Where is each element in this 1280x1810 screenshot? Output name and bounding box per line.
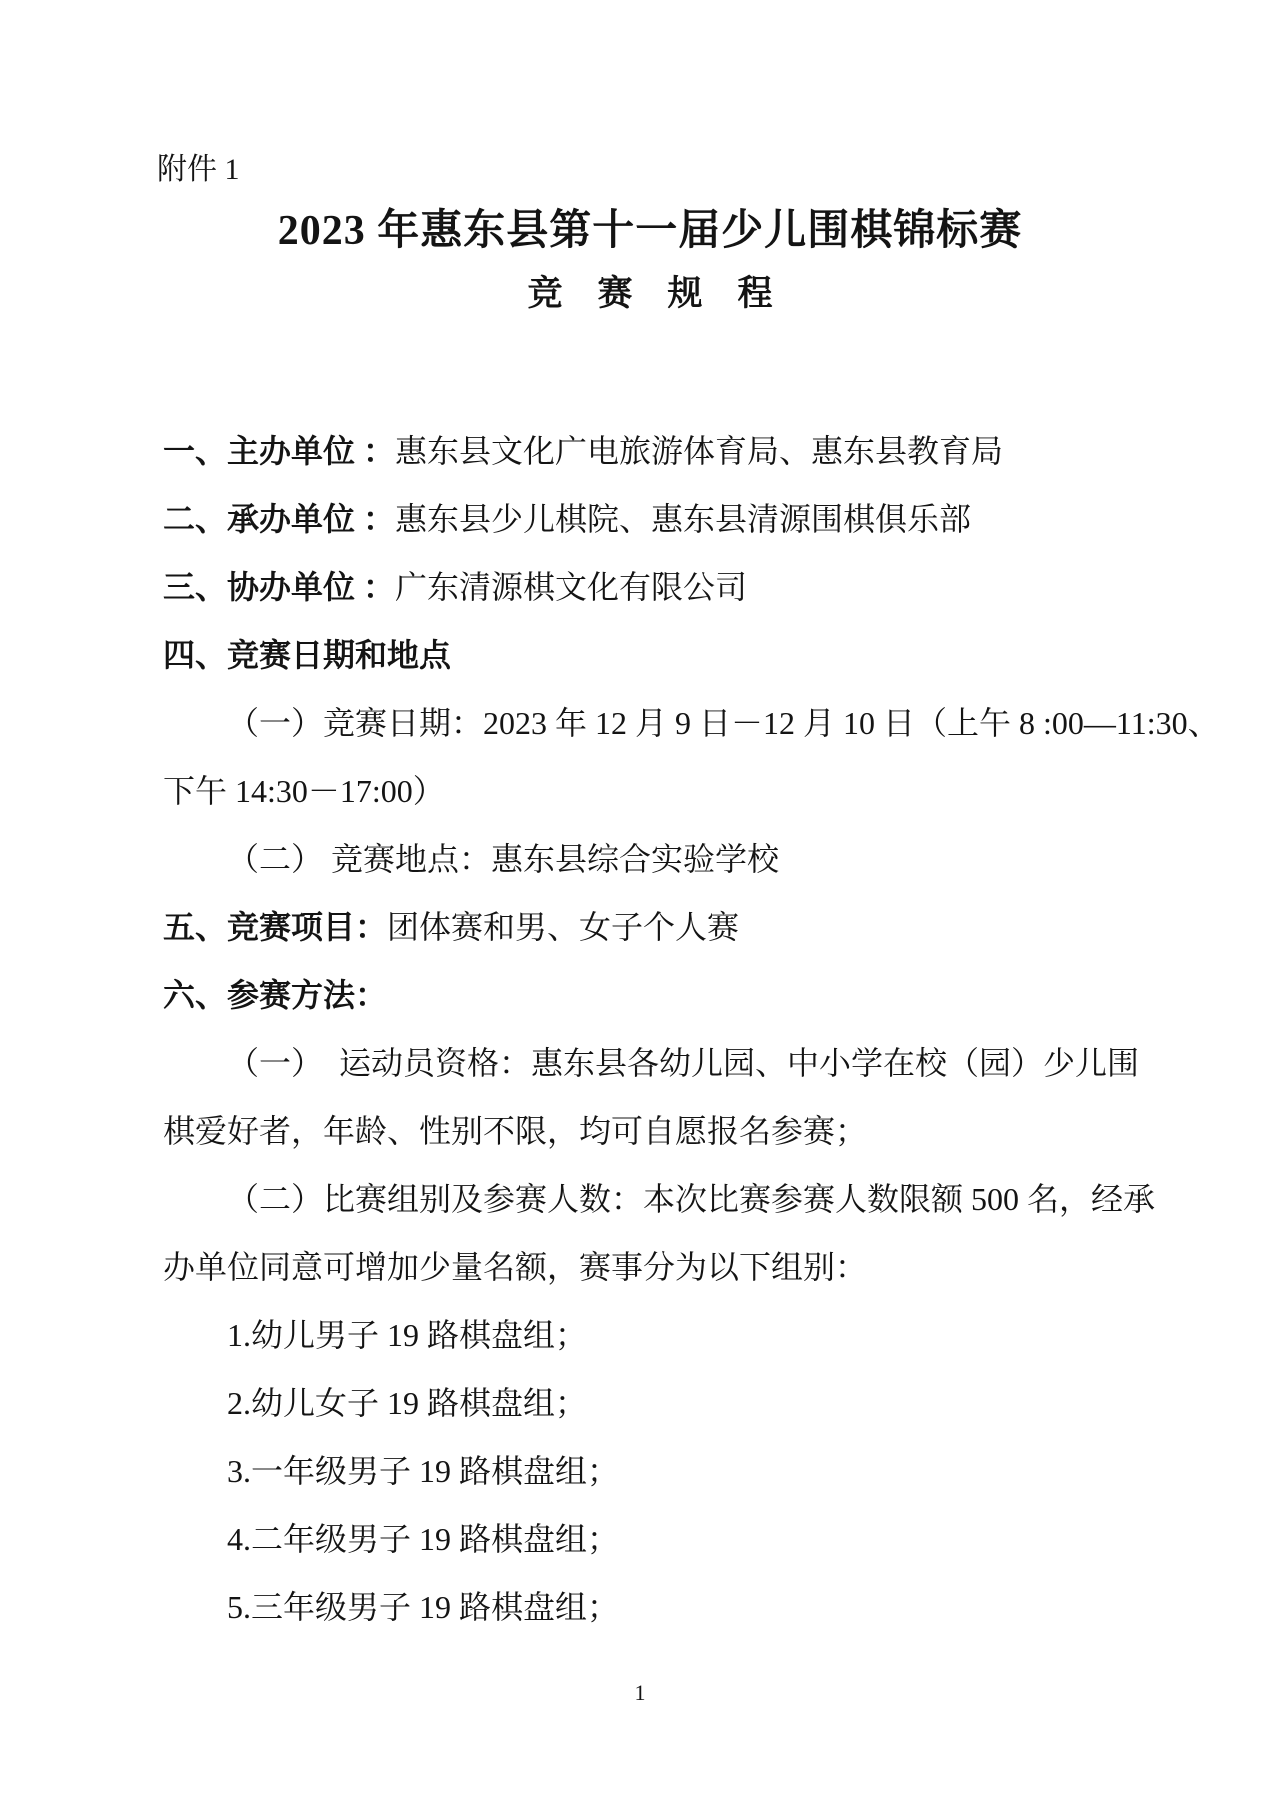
document-line: 1.幼儿男子 19 路棋盘组；	[163, 1301, 1180, 1369]
text-segment: 五、竞赛项目：	[163, 909, 387, 945]
document-line: 二、承办单位 ：惠东县少儿棋院、惠东县清源围棋俱乐部	[163, 485, 1180, 553]
text-segment: 5.三年级男子 19 路棋盘组；	[227, 1589, 619, 1625]
text-segment: 三、协办单位 ：	[163, 569, 395, 605]
text-segment: 二、承办单位 ：	[163, 501, 395, 537]
text-segment: 办单位同意可增加少量名额，赛事分为以下组别：	[163, 1249, 867, 1285]
document-line: 办单位同意可增加少量名额，赛事分为以下组别：	[163, 1233, 1180, 1301]
text-segment: 惠东县少儿棋院、惠东县清源围棋俱乐部	[395, 501, 971, 537]
document-line: 三、协办单位 ：广东清源棋文化有限公司	[163, 553, 1180, 621]
document-line: 棋爱好者，年龄、性别不限，均可自愿报名参赛；	[163, 1097, 1180, 1165]
text-segment: 下午 14:30－17:00）	[163, 773, 445, 809]
document-line: （一） 运动员资格：惠东县各幼儿园、中小学在校（园）少儿围	[163, 1029, 1180, 1097]
document-line: （一）竞赛日期：2023 年 12 月 9 日－12 月 10 日（上午 8 :…	[163, 689, 1180, 757]
text-segment: 团体赛和男、女子个人赛	[387, 909, 739, 945]
document-line: 四、竞赛日期和地点	[163, 621, 1180, 689]
text-segment: （一）竞赛日期：2023 年 12 月 9 日－12 月 10 日（上午 8 :…	[227, 705, 1220, 741]
document-line: 一、主办单位 ：惠东县文化广电旅游体育局、惠东县教育局	[163, 417, 1180, 485]
document-line: 下午 14:30－17:00）	[163, 757, 1180, 825]
page-number: 1	[0, 1678, 1280, 1708]
text-segment: 4.二年级男子 19 路棋盘组；	[227, 1521, 619, 1557]
document-line: 4.二年级男子 19 路棋盘组；	[163, 1505, 1180, 1573]
document-title: 2023 年惠东县第十一届少儿围棋锦标赛	[20, 205, 1280, 257]
document-line: 3.一年级男子 19 路棋盘组；	[163, 1437, 1180, 1505]
document-line: 五、竞赛项目：团体赛和男、女子个人赛	[163, 893, 1180, 961]
text-segment: 棋爱好者，年龄、性别不限，均可自愿报名参赛；	[163, 1113, 867, 1149]
text-segment: （二） 竞赛地点：惠东县综合实验学校	[227, 841, 779, 877]
text-segment: 一、主办单位 ：	[163, 433, 395, 469]
document-line: （二）比赛组别及参赛人数：本次比赛参赛人数限额 500 名，经承	[163, 1165, 1180, 1233]
text-segment: 六、参赛方法：	[163, 977, 387, 1013]
text-segment: （二）比赛组别及参赛人数：本次比赛参赛人数限额 500 名，经承	[227, 1181, 1155, 1217]
document-body: 一、主办单位 ：惠东县文化广电旅游体育局、惠东县教育局二、承办单位 ：惠东县少儿…	[163, 417, 1180, 1641]
text-segment: 惠东县文化广电旅游体育局、惠东县教育局	[395, 433, 1003, 469]
document-line: （二） 竞赛地点：惠东县综合实验学校	[163, 825, 1180, 893]
text-segment: 广东清源棋文化有限公司	[395, 569, 747, 605]
document-page: 附件 1 2023 年惠东县第十一届少儿围棋锦标赛 竞 赛 规 程 一、主办单位…	[0, 0, 1280, 1810]
document-subtitle: 竞 赛 规 程	[20, 272, 1280, 316]
attachment-label: 附件 1	[157, 150, 240, 190]
text-segment: （一） 运动员资格：惠东县各幼儿园、中小学在校（园）少儿围	[227, 1045, 1139, 1081]
document-line: 2.幼儿女子 19 路棋盘组；	[163, 1369, 1180, 1437]
text-segment: 四、竞赛日期和地点	[163, 637, 451, 673]
document-line: 5.三年级男子 19 路棋盘组；	[163, 1573, 1180, 1641]
text-segment: 2.幼儿女子 19 路棋盘组；	[227, 1385, 587, 1421]
text-segment: 1.幼儿男子 19 路棋盘组；	[227, 1317, 587, 1353]
document-line: 六、参赛方法：	[163, 961, 1180, 1029]
text-segment: 3.一年级男子 19 路棋盘组；	[227, 1453, 619, 1489]
